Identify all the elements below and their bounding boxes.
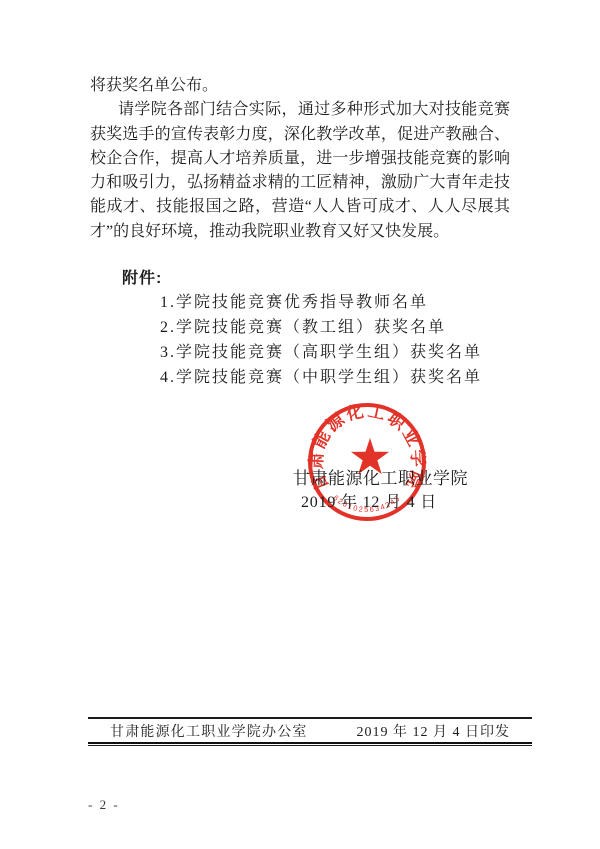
paragraph-line: 将获奖名单公布。 [90, 74, 510, 98]
footer-rule-bottom-thin [88, 745, 532, 746]
signature-date: 2019 年 12 月 4 日 [301, 489, 437, 512]
paragraph-line: 力和吸引力，弘扬精益求精的工匠精神，激励广大青年走技 [90, 171, 510, 195]
footer-rule-top [88, 717, 532, 719]
attachments-heading: 附件: [122, 265, 162, 288]
attachment-item: 2.学院技能竞赛（教工组）获奖名单 [160, 315, 482, 340]
footer-rule-bottom [88, 742, 532, 744]
page-number: - 2 - [88, 797, 120, 813]
attachment-item: 4.学院技能竞赛（中职学生组）获奖名单 [160, 365, 482, 390]
signature-organization: 甘肃能源化工职业学院 [293, 464, 468, 489]
attachments-list: 1.学院技能竞赛优秀指导教师名单 2.学院技能竞赛（教工组）获奖名单 3.学院技… [160, 290, 482, 390]
paragraph-line: 请学院各部门结合实际，通过多种形式加大对技能竞赛 [90, 98, 510, 122]
document-page: 将获奖名单公布。 请学院各部门结合实际，通过多种形式加大对技能竞赛 获奖选手的宣… [0, 0, 600, 849]
attachment-item: 1.学院技能竞赛优秀指导教师名单 [160, 290, 482, 315]
paragraph-line: 能成才、技能报国之路，营造“人人皆可成才、人人尽展其 [90, 195, 510, 219]
paragraph-line: 才”的良好环境，推动我院职业教育又好又快发展。 [90, 220, 510, 244]
footer-print-date: 2019 年 12 月 4 日印发 [357, 721, 511, 741]
paragraph-line: 获奖选手的宣传表彰力度，深化教学改革，促进产教融合、 [90, 123, 510, 147]
body-text: 将获奖名单公布。 请学院各部门结合实际，通过多种形式加大对技能竞赛 获奖选手的宣… [90, 74, 510, 244]
attachment-item: 3.学院技能竞赛（高职学生组）获奖名单 [160, 340, 482, 365]
footer-issuer: 甘肃能源化工职业学院办公室 [110, 721, 308, 741]
paragraph-line: 校企合作，提高人才培养质量，进一步增强技能竞赛的影响 [90, 147, 510, 171]
